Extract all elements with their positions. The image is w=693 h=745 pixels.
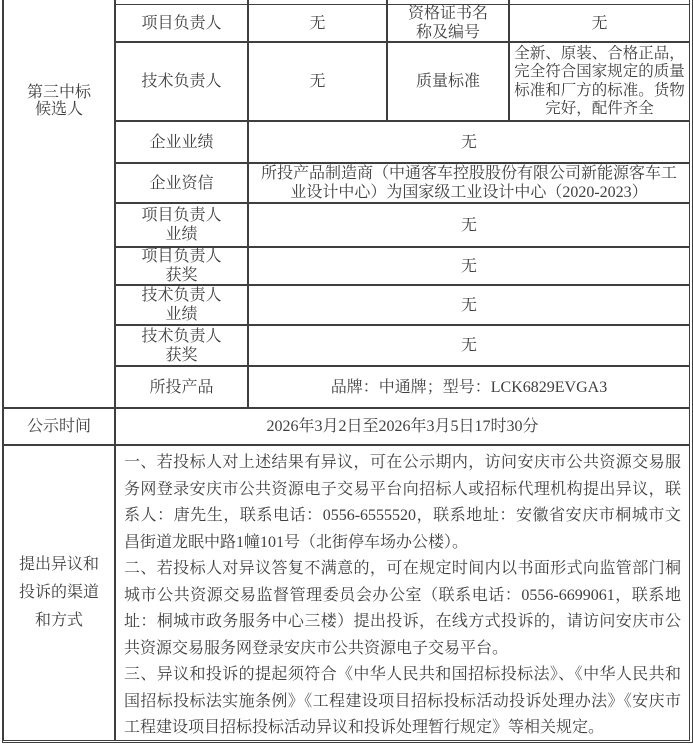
company-performance-value-cell: 无 [248, 121, 690, 163]
tm-awards-label: 技术负责人获奖 [141, 327, 223, 365]
objection-label: 提出异议和投诉的渠道和方式 [18, 551, 100, 635]
pm-awards-label: 项目负责人获奖 [141, 247, 223, 285]
pm-awards-label-cell: 项目负责人获奖 [115, 247, 248, 285]
tech-manager-label-cell: 技术负责人 [115, 42, 248, 121]
publicity-time-label-cell: 公示时间 [3, 408, 115, 445]
project-manager-label-cell: 项目负责人 [115, 4, 248, 42]
products-label-cell: 所投产品 [115, 366, 248, 408]
tm-performance-value-cell: 无 [248, 285, 690, 325]
products-label: 所投产品 [149, 378, 213, 397]
tech-manager-value: 无 [309, 72, 325, 91]
third-winner-section-label: 第三中标候选人 [26, 84, 92, 118]
products-value: 品牌：中通牌；型号：LCK6829EVGA3 [331, 378, 607, 397]
publicity-time-value-cell: 2026年3月2日至2026年3月5日17时30分 [115, 408, 690, 445]
quality-standard-label: 质量标准 [416, 72, 480, 91]
company-credit-value-cell: 所投产品制造商（中通客车控股股份有限公司新能源客车工业设计中心）为国家级工业设计… [248, 163, 690, 203]
company-credit-value: 所投产品制造商（中通客车控股股份有限公司新能源客车工业设计中心）为国家级工业设计… [255, 164, 683, 202]
quality-standard-value: 全新、原装、合格正品，完全符合国家规定的质量标准和厂方的标准。货物完好，配件齐全 [513, 45, 686, 119]
tm-performance-value: 无 [461, 296, 477, 315]
tm-performance-label-cell: 技术负责人业绩 [115, 285, 248, 325]
pm-awards-value-cell: 无 [248, 247, 690, 285]
project-manager-value-cell: 无 [248, 4, 387, 42]
bid-announcement-table: 第三中标候选人 项目负责人 无 资格证书名称及编号 无 技术负责人 无 质量标准… [0, 0, 693, 745]
objection-paragraph-1: 一、若投标人对上述结果有异议，可在公示期内，访问安庆市公共资源交易服务网登录安庆… [124, 450, 681, 556]
company-performance-value: 无 [461, 133, 477, 152]
objection-label-cell: 提出异议和投诉的渠道和方式 [3, 445, 115, 741]
project-manager-value: 无 [309, 14, 325, 33]
company-performance-label: 企业业绩 [149, 133, 213, 152]
tm-awards-value-cell: 无 [248, 325, 690, 366]
pm-performance-label-cell: 项目负责人业绩 [115, 203, 248, 247]
cert-label-cell: 资格证书名称及编号 [387, 4, 509, 42]
publicity-time-label: 公示时间 [27, 417, 91, 436]
products-value-cell: 品牌：中通牌；型号：LCK6829EVGA3 [248, 366, 690, 408]
company-credit-label: 企业资信 [149, 174, 213, 193]
tm-awards-value: 无 [461, 336, 477, 355]
company-performance-label-cell: 企业业绩 [115, 121, 248, 163]
tech-manager-label: 技术负责人 [141, 72, 221, 91]
objection-paragraph-2: 二、若投标人对异议答复不满意的，可在规定时间内以书面形式向监管部门桐城市公共资源… [124, 556, 681, 662]
third-winner-section-cell: 第三中标候选人 [3, 0, 115, 408]
pm-performance-value-cell: 无 [248, 203, 690, 247]
pm-performance-value: 无 [461, 216, 477, 235]
cert-label: 资格证书名称及编号 [407, 4, 489, 42]
tm-awards-label-cell: 技术负责人获奖 [115, 325, 248, 366]
quality-standard-label-cell: 质量标准 [387, 42, 509, 121]
pm-awards-value: 无 [461, 257, 477, 276]
pm-performance-label: 项目负责人业绩 [141, 206, 223, 244]
objection-paragraph-3: 三、异议和投诉的提起须符合《中华人民共和国招标投标法》、《中华人民共和国招标投标… [124, 662, 681, 742]
cert-value: 无 [591, 14, 607, 33]
quality-standard-value-cell: 全新、原装、合格正品，完全符合国家规定的质量标准和厂方的标准。货物完好，配件齐全 [509, 42, 690, 121]
publicity-time-value: 2026年3月2日至2026年3月5日17时30分 [266, 417, 538, 436]
tech-manager-value-cell: 无 [248, 42, 387, 121]
project-manager-label: 项目负责人 [141, 14, 221, 33]
tm-performance-label: 技术负责人业绩 [141, 286, 223, 324]
cert-value-cell: 无 [509, 4, 690, 42]
objection-content-cell: 一、若投标人对上述结果有异议，可在公示期内，访问安庆市公共资源交易服务网登录安庆… [115, 445, 690, 741]
company-credit-label-cell: 企业资信 [115, 163, 248, 203]
